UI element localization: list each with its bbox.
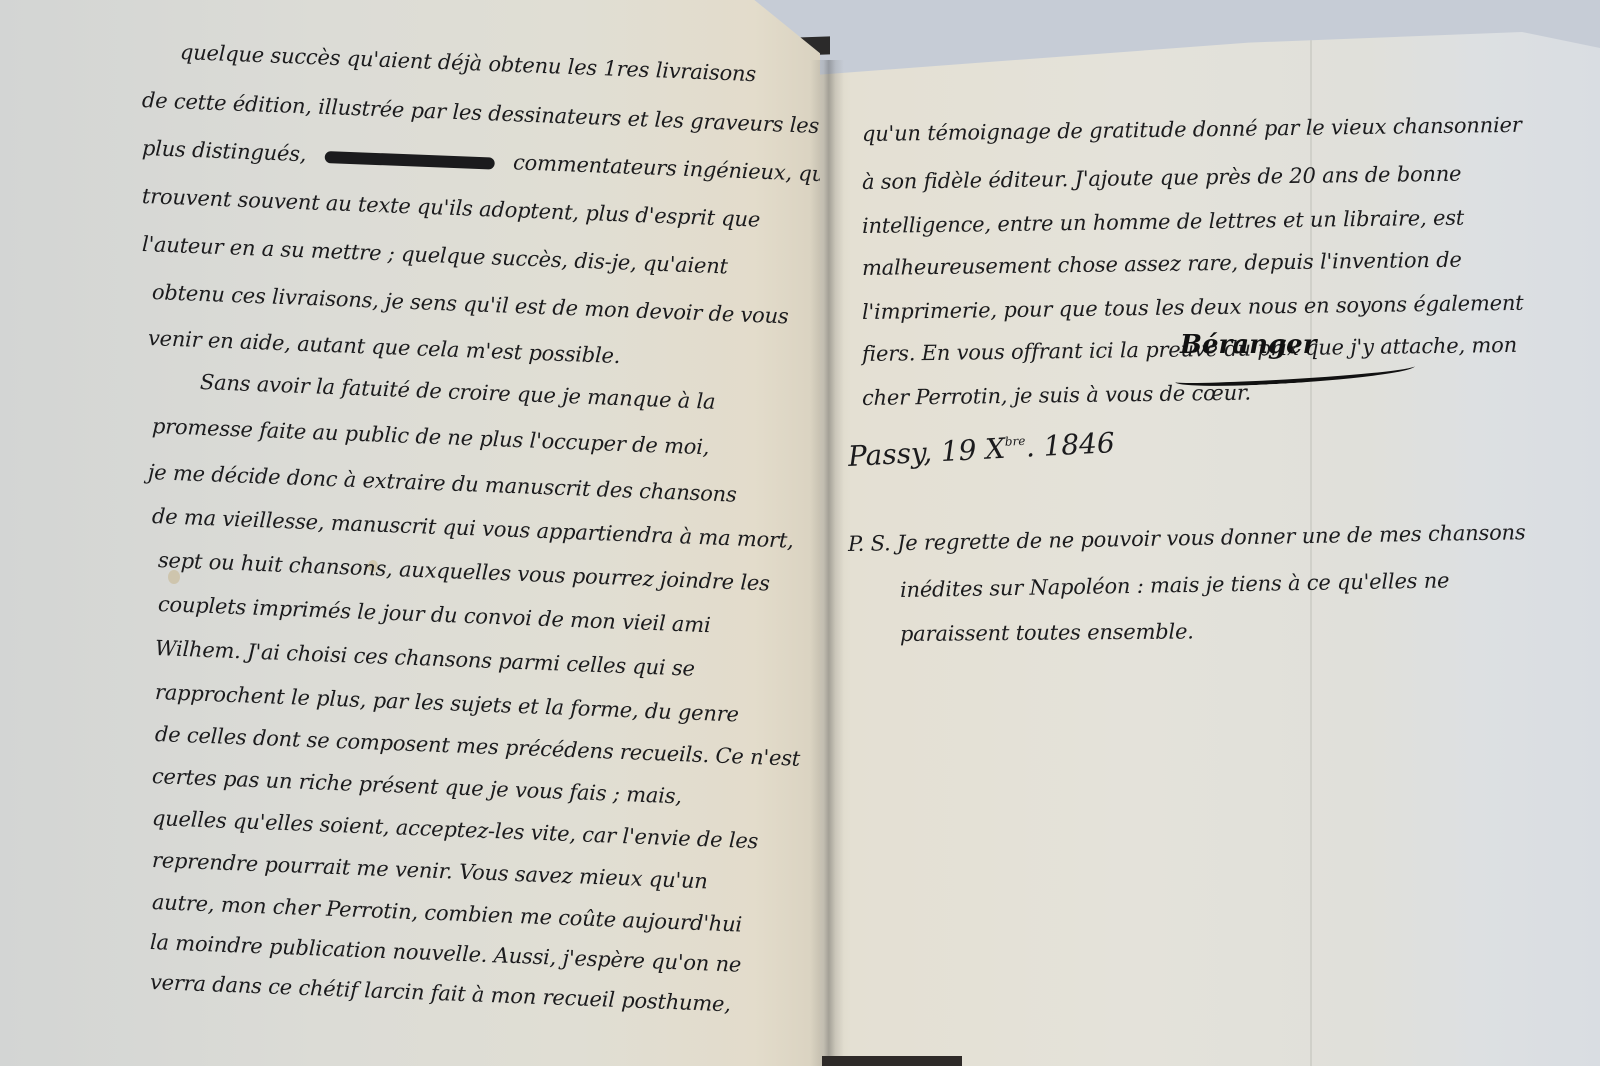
manuscript-line: certes pas un riche présent que je vous … (152, 764, 683, 808)
manuscript-line: l'imprimerie, pour que tous les deux nou… (862, 291, 1524, 324)
manuscript-line: verra dans ce chétif larcin fait à mon r… (150, 970, 732, 1016)
manuscript-line: venir en aide, autant que cela m'est pos… (148, 326, 621, 368)
manuscript-line: je me décide donc à extraire du manuscri… (148, 460, 738, 507)
signature: Béranger (1180, 330, 1316, 360)
date-day: 19 (940, 433, 977, 468)
date-month-sup: bre (1004, 434, 1025, 449)
manuscript-line: obtenu ces livraisons, je sens qu'il est… (152, 280, 789, 328)
book-gutter (810, 60, 844, 1066)
manuscript-line: autre, mon cher Perrotin, combien me coû… (152, 890, 743, 937)
manuscript-line: plus distingués, commentateurs ingénieux… (142, 136, 820, 186)
manuscript-line: à son fidèle éditeur. J'ajoute que près … (862, 162, 1462, 194)
manuscript-line: rapprochent le plus, par les sujets et l… (155, 680, 740, 726)
manuscript-line: l'auteur en a su mettre ; quelque succès… (142, 232, 729, 278)
left-page: quelque succès qu'aient déjà obtenu les … (0, 0, 820, 1066)
line-text: commentateurs ingénieux, qui (513, 150, 820, 186)
manuscript-line: de ma vieillesse, manuscrit qui vous app… (152, 504, 795, 553)
manuscript-line: qu'un témoignage de gratitude donné par … (862, 113, 1522, 146)
manuscript-line: promesse faite au public de ne plus l'oc… (152, 414, 710, 459)
manuscript-line: quelles qu'elles soient, acceptez-les vi… (152, 806, 759, 853)
manuscript-line: intelligence, entre un homme de lettres … (862, 206, 1464, 238)
manuscript-line: malheureusement chose assez rare, depuis… (862, 248, 1462, 280)
date-month: Xbre. (984, 430, 1035, 466)
manuscript-line: reprendre pourrait me venir. Vous savez … (152, 848, 709, 893)
struck-out-word (324, 151, 494, 170)
manuscript-line: couplets imprimés le jour du convoi de m… (158, 592, 711, 637)
manuscript-line: de cette édition, illustrée par les dess… (142, 88, 820, 138)
manuscript-line: quelque succès qu'aient déjà obtenu les … (180, 40, 757, 86)
manuscript-line: la moindre publication nouvelle. Aussi, … (150, 930, 742, 977)
manuscript-line: de celles dont se composent mes précéden… (155, 722, 801, 771)
postscript-line: paraissent toutes ensemble. (900, 619, 1194, 646)
date-year: 1846 (1043, 426, 1116, 463)
book-cover-edge (822, 1056, 962, 1066)
line-text: plus distingués, (142, 136, 307, 166)
manuscript-line: trouvent souvent au texte qu'ils adopten… (142, 184, 761, 232)
manuscript-line: Sans avoir la fatuité de croire que je m… (200, 370, 716, 414)
manuscript-line: Wilhem. J'ai choisi ces chansons parmi c… (155, 636, 696, 681)
date-place: Passy, (847, 436, 933, 473)
manuscript-line: sept ou huit chansons, auxquelles vous p… (158, 548, 771, 595)
